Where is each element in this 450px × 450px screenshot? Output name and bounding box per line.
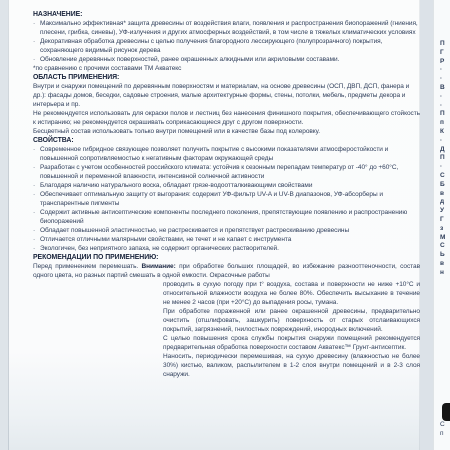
indented-paragraph: проводить в сухую погоду при t° воздуха,… xyxy=(163,280,420,307)
warning-label: Внимание: xyxy=(142,263,176,270)
list-item-text: Обеспечивает оптимальную защиту от выгор… xyxy=(40,191,383,207)
label-fold-line xyxy=(8,0,9,450)
indented-paragraph: С целью повышения срока службы покрытия … xyxy=(163,334,420,352)
indented-paragraph: Наносить, периодически перемешивая, на с… xyxy=(163,352,420,379)
bullet-dot: · xyxy=(33,19,35,28)
list-item-text: Содержит активные антисептические компон… xyxy=(40,209,407,225)
list-item-text: Обновление деревянных поверхностей, ране… xyxy=(40,56,339,63)
bullet-dot: · xyxy=(33,244,35,253)
list-item-text: Разработан с учетом особенностей российс… xyxy=(40,164,398,180)
paragraph: Внутри и снаружи помещений по деревянным… xyxy=(33,82,420,109)
list-item-text: Обладает повышенной эластичностью, не ра… xyxy=(40,227,349,234)
list-item-text: Декоративная обработка древесины с целью… xyxy=(40,38,382,54)
clipped-black-icon xyxy=(442,403,450,421)
section-heading-application: ОБЛАСТЬ ПРИМЕНЕНИЯ: xyxy=(33,73,420,82)
paragraph-intro: Перед применением перемешать. Внимание: … xyxy=(33,262,420,280)
list-item-text: Экологичен, без неприятного запаха, не с… xyxy=(40,245,279,252)
bullet-dot: · xyxy=(33,145,35,154)
label-photo: НАЗНАЧЕНИЕ: · Максимально эффективная* з… xyxy=(0,0,450,450)
list-item: · Декоративная обработка древесины с цел… xyxy=(33,37,420,55)
list-item: · Обеспечивает оптимальную защиту от выг… xyxy=(33,190,420,208)
list-item: · Обновление деревянных поверхностей, ра… xyxy=(33,55,420,64)
bullet-dot: · xyxy=(33,235,35,244)
list-item: · Содержит активные антисептические комп… xyxy=(33,208,420,226)
bullet-dot: · xyxy=(33,226,35,235)
bullet-dot: · xyxy=(33,55,35,64)
list-item-text: Современное гибридное связующее позволяе… xyxy=(40,146,388,162)
footnote: *по сравнению с прочими составами ТМ Акв… xyxy=(33,64,420,73)
bullet-dot: · xyxy=(33,163,35,172)
bullet-dot: · xyxy=(33,181,35,190)
list-item: · Благодаря наличию натурального воска, … xyxy=(33,181,420,190)
list-item: · Отличается отличными малярными свойств… xyxy=(33,235,420,244)
list-item-text: Максимально эффективная* защита древесин… xyxy=(40,20,418,36)
list-item: · Разработан с учетом особенностей росси… xyxy=(33,163,420,181)
list-item-text: Благодаря наличию натурального воска, об… xyxy=(40,182,312,189)
intro-text: Перед применением перемешать. xyxy=(33,263,142,270)
indented-paragraph: При обработке пораженной или ранее окраш… xyxy=(163,307,420,334)
list-item: · Обладает повышенной эластичностью, не … xyxy=(33,226,420,235)
section-heading-properties: СВОЙСТВА: xyxy=(33,136,420,145)
list-item: · Современное гибридное связующее позвол… xyxy=(33,145,420,163)
clipped-column-letters: С п xyxy=(440,421,445,439)
bullet-dot: · xyxy=(33,37,35,46)
paragraph: Бесцветный состав использовать только вн… xyxy=(33,127,420,136)
paragraph: Не рекомендуется использовать для окраск… xyxy=(33,109,420,127)
list-item: · Экологичен, без неприятного запаха, не… xyxy=(33,244,420,253)
bullet-dot: · xyxy=(33,208,35,217)
label-gap-strip xyxy=(420,0,433,450)
section-heading-recommendations: РЕКОМЕНДАЦИИ ПО ПРИМЕНЕНИЮ: xyxy=(33,253,420,262)
list-item-text: Отличается отличными малярными свойствам… xyxy=(40,236,291,243)
list-item: · Максимально эффективная* защита древес… xyxy=(33,19,420,37)
bullet-dot: · xyxy=(33,190,35,199)
clipped-column-letters: П Г Р · · В · · П п К · Д П · С Б в д У … xyxy=(440,40,445,278)
section-heading-purpose: НАЗНАЧЕНИЕ: xyxy=(33,10,420,19)
adjacent-column-edge: П Г Р · · В · · П п К · Д П · С Б в д У … xyxy=(433,0,450,450)
product-label-panel: НАЗНАЧЕНИЕ: · Максимально эффективная* з… xyxy=(8,0,420,450)
label-text-content: НАЗНАЧЕНИЕ: · Максимально эффективная* з… xyxy=(33,10,420,379)
